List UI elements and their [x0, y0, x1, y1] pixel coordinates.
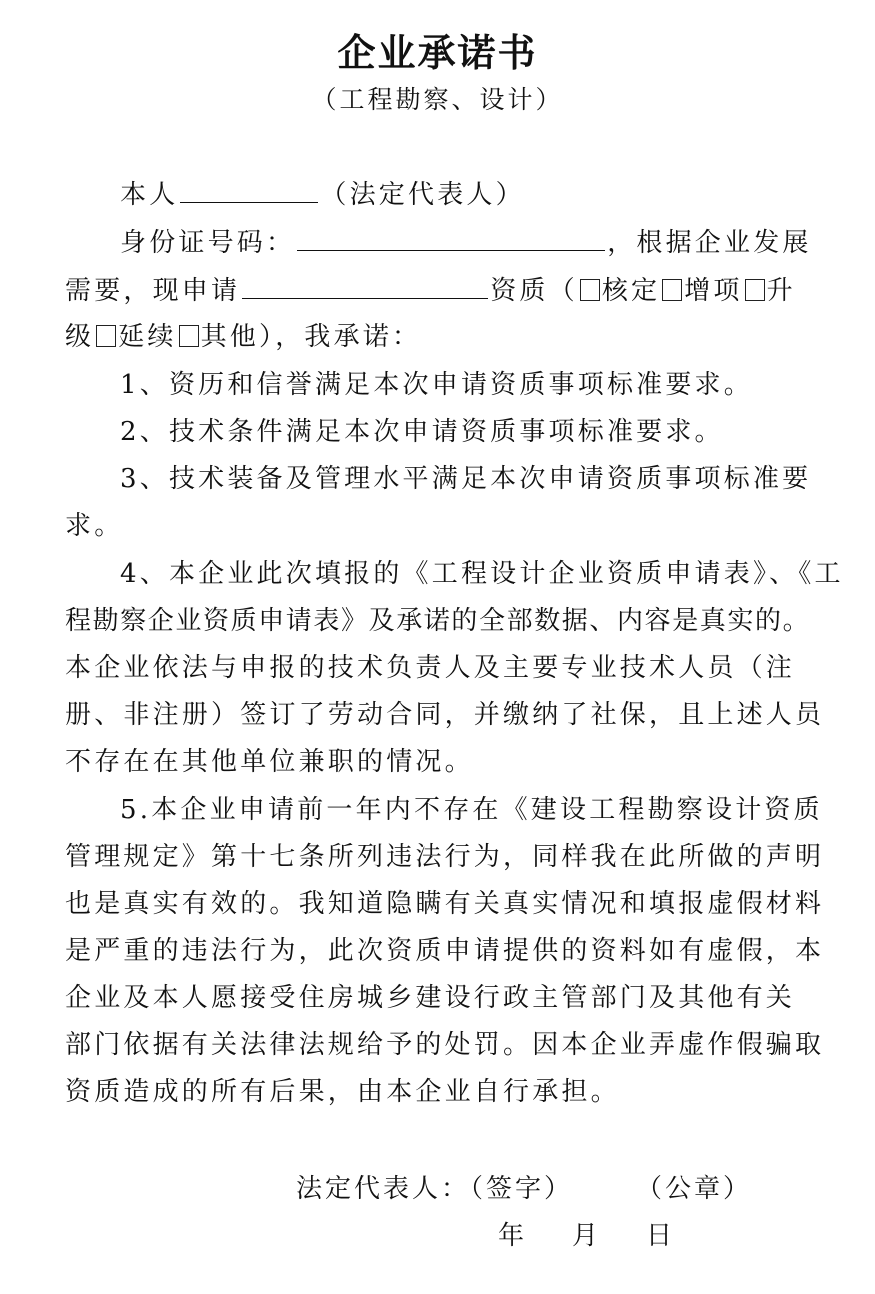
commitment-item-2: 2、技术条件满足本次申请资质事项标准要求。: [120, 415, 815, 449]
date-day: 日: [646, 1215, 675, 1252]
signature-representative: 法定代表人：（签字）: [296, 1168, 573, 1205]
intro-line-representative: 本人（法定代表人）: [120, 176, 815, 212]
checkbox-other[interactable]: [179, 325, 199, 347]
commitment-item-3-line-1: 3、技术装备及管理水平满足本次申请资质事项标准要: [120, 462, 815, 496]
checkbox-renew[interactable]: [96, 325, 116, 347]
id-number-blank[interactable]: [297, 224, 605, 251]
intro-line-options: 级延续其他），我承诺：: [65, 320, 815, 354]
commitment-item-5-line-5: 企业及本人愿接受住房城乡建设行政主管部门及其他有关: [65, 981, 815, 1015]
intro-line-apply: 需要，现申请资质（核定增项升: [65, 272, 815, 308]
label-i-promise: ），我承诺：: [259, 322, 421, 352]
option-upgrade-label-part1: 升: [767, 276, 796, 306]
option-other-label: 其他: [201, 322, 259, 352]
signature-seal: （公章）: [636, 1168, 752, 1205]
label-qualification: 资质（: [490, 276, 578, 306]
qualification-blank[interactable]: [242, 272, 488, 299]
commitment-item-3-line-2: 求。: [65, 509, 815, 543]
label-apply: 需要，现申请: [65, 276, 240, 306]
document-subtitle: （工程勘察、设计）: [0, 80, 875, 116]
commitment-item-5-line-2: 管理规定》第十七条所列违法行为，同样我在此所做的声明: [65, 840, 815, 874]
document-title: 企业承诺书: [0, 22, 875, 77]
checkbox-approve[interactable]: [580, 279, 600, 301]
commitment-item-5-line-4: 是严重的违法行为，此次资质申请提供的资料如有虚假，本: [65, 934, 815, 968]
commitment-item-5-line-1: 5.本企业申请前一年内不存在《建设工程勘察设计资质: [120, 793, 815, 827]
checkbox-upgrade[interactable]: [745, 279, 765, 301]
commitment-item-4-line-2: 程勘察企业资质申请表》及承诺的全部数据、内容是真实的。: [65, 604, 815, 638]
intro-line-id-number: 身份证号码：，根据企业发展: [120, 224, 815, 260]
checkbox-add-item[interactable]: [662, 279, 682, 301]
commitment-item-4-line-1: 4、本企业此次填报的《工程设计企业资质申请表》、《工: [120, 557, 815, 591]
date-month: 月: [572, 1215, 601, 1252]
commitment-item-5-line-7: 资质造成的所有后果，由本企业自行承担。: [65, 1075, 815, 1109]
option-renew-label: 延续: [118, 322, 176, 352]
representative-name-blank[interactable]: [180, 176, 318, 203]
option-add-item-label: 增项: [684, 276, 742, 306]
date-year: 年: [498, 1215, 527, 1252]
commitment-item-4-line-4: 册、非注册）签订了劳动合同，并缴纳了社保，且上述人员: [65, 698, 815, 732]
label-id-number: 身份证号码：: [120, 228, 295, 258]
label-legal-rep: （法定代表人）: [320, 180, 524, 210]
option-upgrade-label-part2: 级: [65, 322, 94, 352]
commitment-item-5-line-3: 也是真实有效的。我知道隐瞒有关真实情况和填报虚假材料: [65, 887, 815, 921]
commitment-item-1: 1、资历和信誉满足本次申请资质事项标准要求。: [120, 368, 815, 402]
commitment-item-4-line-3: 本企业依法与申报的技术负责人及主要专业技术人员（注: [65, 651, 815, 685]
commitment-item-4-line-5: 不存在在其他单位兼职的情况。: [65, 745, 815, 779]
label-according: ，根据企业发展: [607, 228, 811, 258]
label-person: 本人: [120, 180, 178, 210]
commitment-item-5-line-6: 部门依据有关法律法规给予的处罚。因本企业弄虚作假骗取: [65, 1028, 815, 1062]
option-approve-label: 核定: [602, 276, 660, 306]
